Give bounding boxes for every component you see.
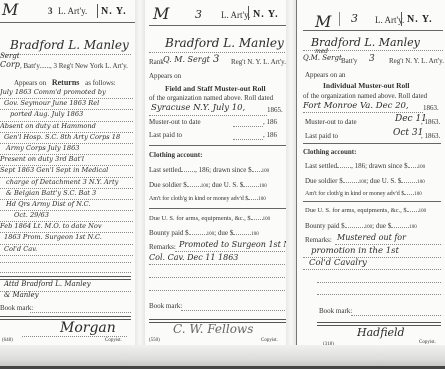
roll-dated-label: of the organization named above. Roll da… bbox=[303, 92, 427, 100]
blank-line bbox=[0, 272, 131, 273]
muster-out-year: , 186 bbox=[263, 118, 277, 126]
cents-label: 100 bbox=[414, 192, 422, 197]
return-entry: 1863 Prom. Surgeon 1st N.C. bbox=[0, 233, 133, 244]
due-soldier-label: Due soldier $ bbox=[305, 177, 343, 185]
remarks-hand-2: promotion in the 1st bbox=[311, 246, 399, 256]
soldier-name: Bradford L. Manley bbox=[165, 36, 284, 50]
card-initial: M bbox=[2, 0, 18, 19]
last-paid-label: Last paid to bbox=[305, 132, 338, 140]
rank-hand-2: Corp bbox=[0, 60, 20, 69]
cents-label: 100 bbox=[418, 165, 426, 170]
cents-label: 100 bbox=[419, 209, 427, 214]
card-state: N. Y. bbox=[407, 14, 433, 25]
remarks-label: Remarks: bbox=[305, 236, 332, 244]
last-paid-year: , 186 bbox=[263, 131, 277, 139]
last-paid-line bbox=[233, 139, 263, 140]
returns-card: M 3 L. Art'y. N. Y. Bradford L. Manley S… bbox=[0, 0, 136, 345]
card-state: N. Y. bbox=[253, 9, 279, 20]
last-settled-label: Last settled bbox=[149, 166, 181, 174]
due-us-label: ; due U. S. $ bbox=[208, 181, 243, 189]
return-entry: Gov. Seymour June 1863 Rel bbox=[0, 99, 133, 110]
muster-out-line bbox=[233, 126, 263, 127]
return-entry: Army Corps July 1863 bbox=[0, 144, 133, 155]
roll-dated-hand: Fort Monroe Va. Dec 20, bbox=[303, 101, 409, 111]
remarks-line bbox=[335, 244, 441, 245]
rank-hand: Q. M. Sergt bbox=[163, 55, 210, 64]
cents-label: 100 bbox=[409, 225, 417, 230]
return-entry: Col'd Cav. bbox=[0, 245, 133, 256]
battery-label: Batt'y bbox=[341, 57, 357, 65]
clothing-account-label: Clothing account: bbox=[303, 148, 356, 156]
remarks-line bbox=[317, 294, 441, 295]
regiment-label: Reg't N. Y. L. Art'y. bbox=[231, 58, 286, 66]
clothing-amount-row: Am't for cloth'g in kind or money adv'd … bbox=[149, 196, 266, 202]
return-entry: charge of Detachment 3 N.Y. Arty bbox=[0, 178, 133, 189]
roll-dated-label: of the organization named above. Roll da… bbox=[149, 94, 273, 102]
book-mark-line bbox=[351, 315, 441, 316]
appears-label: Appears on an bbox=[305, 71, 345, 79]
book-mark-label: Book mark: bbox=[0, 304, 33, 312]
remarks-line bbox=[303, 269, 441, 270]
due-us-arms-row: Due U. S. for arms, equipments, &c., $10… bbox=[305, 207, 426, 214]
last-settled-label: Last settled bbox=[305, 162, 337, 170]
remarks-line bbox=[149, 290, 289, 291]
clothing-amount-label: Am't for cloth'g in kind or money adv'd … bbox=[305, 191, 404, 197]
last-settled-row: Last settled, 186; drawn since $100 bbox=[149, 166, 269, 174]
due-soldier-row: Due soldier $100; due U. S. $100 bbox=[149, 181, 267, 189]
cents-label: 100 bbox=[417, 180, 425, 185]
battery-number: 3 bbox=[369, 54, 375, 64]
return-entry: Gen'l Hosp. S.C. 8th Arty Corps 18 bbox=[0, 133, 133, 144]
return-entry: Present on duty 3rd Bat'l bbox=[0, 155, 133, 166]
header-divider bbox=[339, 12, 340, 26]
section-rule bbox=[149, 208, 289, 209]
remarks-line bbox=[175, 251, 289, 252]
card-unit: L. Art'y. bbox=[58, 6, 87, 16]
last-settled-year: , 186 bbox=[351, 162, 365, 170]
section-rule bbox=[149, 145, 289, 146]
card-state: N. Y. bbox=[101, 6, 127, 17]
header-rule bbox=[303, 30, 443, 31]
field-staff-card: M 3 L. Art'y. N. Y. Bradford L. Manley R… bbox=[145, 0, 293, 345]
card-unit: L. Art'y. bbox=[221, 10, 250, 20]
return-entry: Sept 1863 Gen'l Sept in Medical bbox=[0, 166, 133, 177]
remarks-hand: Mustered out for bbox=[337, 233, 406, 242]
last-paid-label: Last paid to bbox=[149, 131, 182, 139]
book-mark-line bbox=[30, 312, 131, 313]
copyist-label: Copyist. bbox=[105, 338, 122, 343]
due-us-arms-label: Due U. S. for arms, equipments, &c., $ bbox=[149, 215, 251, 222]
roll-title: Individual Muster-out Roll bbox=[323, 81, 409, 90]
return-entry: Absent on duty at Hammond bbox=[0, 122, 133, 133]
remarks-hand-2: Col. Cav. Dec 11 1863 bbox=[149, 253, 238, 262]
due-soldier-label: Due soldier $ bbox=[149, 181, 187, 189]
card-unit: L. Art'y. bbox=[375, 15, 404, 25]
name-line bbox=[149, 52, 291, 53]
copyist-signature: Morgan bbox=[60, 320, 116, 336]
muster-out-label: Muster-out to date bbox=[149, 118, 201, 126]
bounty-paid-label: Bounty paid $ bbox=[305, 222, 345, 230]
individual-card: M 3 L. Art'y. N. Y. Bradford L. Manley m… bbox=[296, 0, 445, 345]
header-rule bbox=[149, 25, 293, 26]
return-entry: Hd Qrs Army Dist of N.C. bbox=[0, 200, 133, 211]
paper-crease bbox=[286, 0, 296, 369]
rank-label: Rank bbox=[149, 58, 164, 66]
blank-line bbox=[0, 262, 131, 263]
return-entry: Feb 1864 Lt. M.O. to date Nov bbox=[0, 222, 133, 233]
appears-label: Appears on bbox=[14, 79, 46, 87]
roll-dated-hand: Syracuse N.Y. July 10, bbox=[151, 103, 245, 113]
muster-out-year: , 1863. bbox=[421, 118, 440, 126]
copyist-signature: Hadfield bbox=[357, 326, 405, 339]
roll-year: 1863. bbox=[423, 104, 439, 112]
footer-hand-2: & Manley bbox=[4, 291, 39, 299]
bounty-row: Bounty paid $100; due $100 bbox=[305, 222, 417, 230]
battery-number: 3 bbox=[213, 54, 219, 65]
remarks-line bbox=[149, 277, 289, 278]
name-line bbox=[2, 54, 131, 55]
header-divider bbox=[97, 4, 98, 18]
section-rule bbox=[303, 201, 441, 202]
drawn-since-label: ; drawn since $ bbox=[365, 162, 408, 170]
clothing-amount-label: Am't for cloth'g in kind or money adv'd … bbox=[149, 196, 248, 202]
drawn-since-label: ; drawn since $ bbox=[209, 166, 252, 174]
roll-dated-line bbox=[149, 115, 267, 116]
remarks-label: Remarks: bbox=[149, 243, 176, 251]
remarks-line bbox=[317, 282, 441, 283]
card-initial: M bbox=[315, 12, 331, 31]
soldier-name: Bradford L. Manley bbox=[10, 38, 129, 52]
book-mark-label: Book mark: bbox=[319, 307, 352, 315]
paper-crease bbox=[135, 0, 145, 369]
due-us-arms-row: Due U. S. for arms, equipments, &c., $10… bbox=[149, 215, 270, 222]
cents-label: 100 bbox=[258, 197, 266, 202]
signature-line bbox=[22, 336, 127, 337]
last-paid-hand: Oct 31 bbox=[393, 128, 423, 138]
remarks-hand-3: Col'd Cavalry bbox=[309, 258, 367, 268]
clothing-amount-row: Am't for cloth'g in kind or money adv'd … bbox=[305, 191, 422, 197]
rank-hand: Sergt bbox=[0, 52, 20, 60]
copyist-label: Copyist. bbox=[261, 338, 278, 343]
due-us-arms-label: Due U. S. for arms, equipments, &c., $ bbox=[305, 207, 407, 214]
remarks-hand: Promoted to Surgeon 1st N.C. bbox=[179, 240, 301, 249]
return-entry: & Belgian Batt'y S.C. Bat 3 bbox=[0, 189, 133, 200]
returns-entries: July 1863 Comm'd promoted by Gov. Seymou… bbox=[0, 88, 133, 256]
muster-out-label: Muster-out to date bbox=[305, 118, 357, 126]
last-settled-year: , 186 bbox=[195, 166, 209, 174]
card-initial: M bbox=[153, 4, 169, 23]
cents-label: 100 bbox=[263, 217, 271, 222]
bounty-due-label: ; due $ bbox=[214, 229, 233, 237]
form-number: (648) bbox=[2, 338, 13, 343]
remarks-line bbox=[149, 264, 289, 265]
last-settled-row: Last settled, 186; drawn since $100 bbox=[305, 162, 425, 170]
appears-label: Appears on bbox=[149, 72, 181, 80]
copyist-signature: C. W. Fellows bbox=[173, 322, 253, 336]
returns-label: Returns bbox=[52, 78, 80, 87]
as-follows-label: as follows: bbox=[85, 79, 116, 87]
return-entry: ported Aug. July 1863 bbox=[0, 110, 133, 121]
return-entry: Oct. 29/63 bbox=[0, 211, 133, 222]
form-number: (550) bbox=[149, 338, 160, 343]
return-entry: July 1863 Comm'd promoted by bbox=[0, 88, 133, 99]
section-rule bbox=[303, 143, 441, 144]
rank-hand: Q.M. Sergt bbox=[303, 54, 342, 62]
card-number: 3 bbox=[48, 6, 53, 16]
last-paid-year: , 1863. bbox=[421, 132, 440, 140]
roll-title: Field and Staff Muster-out Roll bbox=[165, 84, 266, 93]
battery-regiment-line: , Batt'y......, 3 Reg't New York L. Art'… bbox=[20, 62, 128, 70]
roll-year: 1865. bbox=[267, 106, 283, 114]
card-number: 3 bbox=[351, 12, 358, 25]
bounty-row: Bounty paid $100; due $100 bbox=[149, 229, 259, 237]
due-us-label: ; due U. S. $ bbox=[366, 177, 401, 185]
roll-dated-line bbox=[303, 112, 423, 113]
regiment-label: Reg't N. Y. L. Art'y. bbox=[389, 57, 444, 65]
cents-label: 100 bbox=[259, 184, 267, 189]
bounty-due-label: ; due $ bbox=[372, 222, 391, 230]
card-number: 3 bbox=[195, 8, 202, 21]
cents-label: 100 bbox=[251, 232, 259, 237]
bounty-paid-label: Bounty paid $ bbox=[149, 229, 189, 237]
appears-on-line: Appears on Returns as follows: bbox=[14, 78, 116, 87]
due-soldier-row: Due soldier $100; due U. S. $100 bbox=[305, 177, 425, 185]
footer-hand: Attd Bradford L. Manley bbox=[4, 280, 91, 288]
header-rule bbox=[0, 22, 135, 23]
book-mark-label: Book mark: bbox=[149, 302, 182, 310]
cents-label: 100 bbox=[262, 169, 270, 174]
clothing-account-label: Clothing account: bbox=[149, 151, 202, 159]
header-divider bbox=[401, 12, 402, 26]
header-divider bbox=[248, 6, 249, 20]
book-mark-line bbox=[181, 310, 289, 311]
